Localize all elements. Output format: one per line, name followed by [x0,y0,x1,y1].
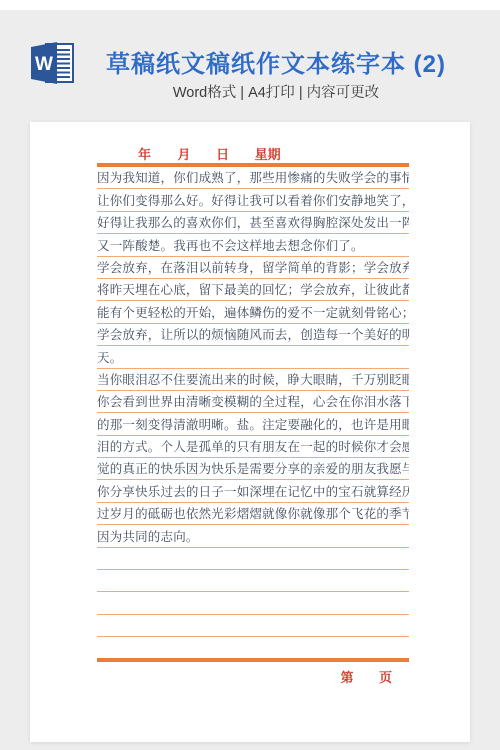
word-icon-letter: W [35,54,53,75]
paper-sheet: 年 月 日 星期 因为我知道，你们成熟了，那些用惨痛的失败学会的事情， 让你们变… [30,122,470,742]
text-line: 好得让我那么的喜欢你们，甚至喜欢得胸腔深处发出一阵 [97,212,409,234]
page-number-row: 第 页 [97,667,409,686]
empty-line [97,548,409,570]
date-field-day: 日 [216,148,229,163]
text-line: 的那一刻变得清澈明晰。盐。注定要融化的，也许是用眼 [97,413,409,435]
text-line: 学会放弃，在落泪以前转身，留学简单的背影；学会放弃， [97,257,409,279]
empty-line [97,615,409,637]
text-line: 因为我知道，你们成熟了，那些用惨痛的失败学会的事情， [97,167,409,189]
text-line: 泪的方式。个人是孤单的只有朋友在一起的时候你才会感 [97,436,409,458]
text-line: 能有个更轻松的开始，遍体鳞伤的爱不一定就刻骨铭心； [97,301,409,323]
empty-line [97,592,409,614]
empty-line [97,570,409,592]
date-field-year: 年 [138,148,151,163]
text-lines: 因为我知道，你们成熟了，那些用惨痛的失败学会的事情， 让你们变得那么好。好得让我… [97,167,409,637]
text-line: 又一阵酸楚。我再也不会这样地去想念你们了。 [97,234,409,256]
text-line: 学会放弃，让所以的烦恼随风而去，创造每一个美好的明 [97,324,409,346]
text-line: 因为共同的志向。 [97,525,409,547]
page-number-label-di: 第 [340,671,353,686]
text-line: 你分享快乐过去的日子一如深埋在记忆中的宝石就算经历 [97,480,409,502]
preview-header: W 草稿纸文稿纸作文本练字本 (2) Word格式 | A4打印 | 内容可更改 [0,0,500,122]
page-subtitle: Word格式 | A4打印 | 内容可更改 [52,81,500,102]
footer-double-rule [97,658,409,662]
text-line: 觉的真正的快乐因为快乐是需要分享的亲爱的朋友我愿与 [97,458,409,480]
date-field-weekday: 星期 [255,148,281,163]
page-title: 草稿纸文稿纸作文本练字本 (2) [52,44,500,79]
text-line: 将昨天埋在心底，留下最美的回忆；学会放弃，让彼此都 [97,279,409,301]
date-header-row: 年 月 日 星期 [97,144,409,161]
paper-content: 年 月 日 星期 因为我知道，你们成熟了，那些用惨痛的失败学会的事情， 让你们变… [97,122,409,686]
text-line: 让你们变得那么好。好得让我可以看着你们安静地笑了， [97,189,409,211]
date-field-month: 月 [178,148,191,163]
text-line: 过岁月的砥砺也依然光彩熠熠就像你就像那个飞花的季节 [97,503,409,525]
text-line: 天。 [97,346,409,368]
text-line: 当你眼泪忍不住要流出来的时候，睁大眼睛，千万别眨眼！ [97,369,409,391]
page-number-label-ye: 页 [379,671,392,686]
text-line: 你会看到世界由清晰变模糊的全过程，心会在你泪水落下 [97,391,409,413]
